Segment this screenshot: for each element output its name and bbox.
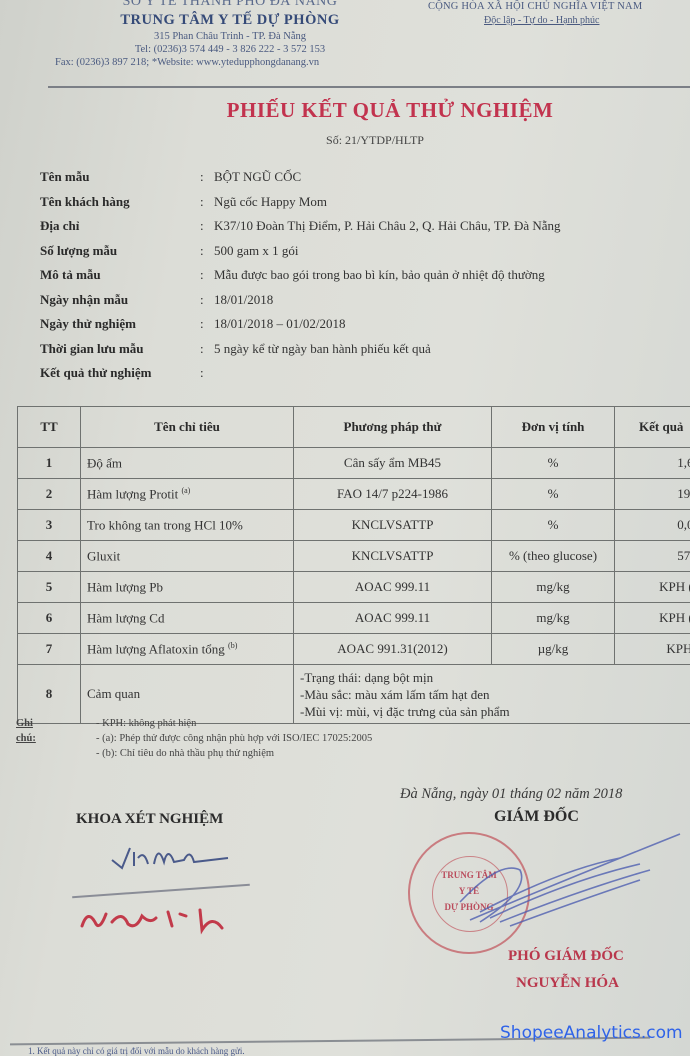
info-separator: :: [200, 218, 214, 234]
info-separator: :: [200, 292, 214, 308]
col-header-indicator: Tên chỉ tiêu: [81, 407, 294, 448]
indicator-name: Hàm lượng Protit: [87, 486, 181, 501]
info-label: Tên khách hàng: [40, 194, 200, 210]
table-row: 2Hàm lượng Protit (a)FAO 14/7 p224-1986%…: [18, 479, 690, 510]
national-title: CỘNG HÒA XÃ HỘI CHỦ NGHĨA VIỆT NAM: [420, 0, 690, 14]
info-value: 5 ngày kể từ ngày ban hành phiếu kết quả: [214, 341, 690, 357]
lab-department-title: KHOA XÉT NGHIỆM: [76, 811, 223, 828]
info-label: Mô tả mẫu: [40, 267, 200, 283]
info-value: 18/01/2018 – 01/02/2018: [214, 316, 690, 332]
cell-method: FAO 14/7 p224-1986: [294, 479, 492, 510]
cell-unit: % (theo glucose): [492, 541, 615, 572]
info-value: Mẫu được bao gói trong bao bì kín, bảo q…: [214, 267, 690, 283]
cell-unit: mg/kg: [492, 572, 615, 603]
cell-indicator: Hàm lượng Cd: [81, 603, 294, 634]
cell-result: KPH (<: [615, 572, 690, 603]
info-row: Ngày thử nghiệm:18/01/2018 – 01/02/2018: [40, 312, 690, 337]
cell-tt: 8: [18, 665, 81, 724]
watermark-text: ShopeeAnalytics.com: [500, 1023, 683, 1043]
info-label: Tên mẫu: [40, 169, 200, 185]
cell-method: KNCLVSATTP: [294, 510, 492, 541]
info-value: 18/01/2018: [214, 292, 690, 308]
cell-result: KPH (: [615, 634, 690, 665]
issuer-address: 315 Phan Châu Trinh - TP. Đà Nẵng: [60, 30, 400, 43]
cell-method: AOAC 999.11: [294, 572, 492, 603]
lab-signer-name-stamp-icon: [76, 900, 256, 940]
cell-unit: %: [492, 479, 615, 510]
sensory-line: -Màu sắc: màu xám lấm tấm hạt đen: [300, 686, 690, 703]
col-header-method: Phương pháp thử: [294, 407, 492, 448]
info-row: Tên mẫu:BỘT NGŨ CỐC: [40, 165, 690, 190]
info-label: Ngày thử nghiệm: [40, 316, 200, 332]
info-separator: :: [200, 267, 214, 283]
table-row: 1Độ ẩmCân sấy ẩm MB45%1,63: [18, 448, 690, 479]
info-row: Tên khách hàng:Ngũ cốc Happy Mom: [40, 190, 690, 215]
cell-tt: 6: [18, 603, 81, 634]
cell-indicator: Hàm lượng Pb: [81, 572, 294, 603]
info-label: Thời gian lưu mẫu: [40, 341, 200, 357]
cell-unit: µg/kg: [492, 634, 615, 665]
place-date: Đà Nẵng, ngày 01 tháng 02 năm 2018: [400, 786, 622, 803]
info-value: K37/10 Đoàn Thị Điểm, P. Hải Châu 2, Q. …: [214, 218, 690, 234]
cell-tt: 2: [18, 479, 81, 510]
document-title: PHIẾU KẾT QUẢ THỬ NGHIỆM: [0, 98, 690, 123]
info-separator: :: [200, 365, 214, 381]
cell-sensory-description: -Trạng thái: dạng bột mịn -Màu sắc: màu …: [294, 665, 690, 724]
issuer-org-name: TRUNG TÂM Y TẾ DỰ PHÒNG: [60, 10, 400, 30]
info-separator: :: [200, 169, 214, 185]
national-header: CỘNG HÒA XÃ HỘI CHỦ NGHĨA VIỆT NAM Độc l…: [420, 0, 690, 28]
table-row: 4GluxitKNCLVSATTP% (theo glucose)57,1: [18, 541, 690, 572]
info-row: Mô tả mẫu:Mẫu được bao gói trong bao bì …: [40, 263, 690, 288]
signature-line: [72, 884, 250, 898]
info-label: Kết quả thử nghiệm: [40, 365, 200, 381]
notes-label: Ghi chú:: [16, 716, 36, 746]
cell-indicator: Hàm lượng Protit (a): [81, 479, 294, 510]
cell-indicator: Cảm quan: [81, 665, 294, 724]
cell-method: AOAC 991.31(2012): [294, 634, 492, 665]
info-label: Ngày nhận mẫu: [40, 292, 200, 308]
cell-indicator: Tro không tan trong HCl 10%: [81, 510, 294, 541]
info-separator: :: [200, 316, 214, 332]
sample-info: Tên mẫu:BỘT NGŨ CỐCTên khách hàng:Ngũ cố…: [40, 165, 690, 386]
deputy-director-title: PHÓ GIÁM ĐỐC: [508, 948, 624, 965]
document-page: SỞ Y TẾ THÀNH PHỐ ĐÀ NẴNG TRUNG TÂM Y TẾ…: [0, 0, 690, 1056]
table-row: 7Hàm lượng Aflatoxin tổng (b)AOAC 991.31…: [18, 634, 690, 665]
info-row: Ngày nhận mẫu:18/01/2018: [40, 288, 690, 313]
info-row: Kết quả thử nghiệm:: [40, 361, 690, 386]
note-item: - (a): Phép thử được công nhận phù hợp v…: [96, 731, 372, 746]
table-row-sensory: 8 Cảm quan -Trạng thái: dạng bột mịn -Mà…: [18, 665, 690, 724]
info-row: Thời gian lưu mẫu:5 ngày kể từ ngày ban …: [40, 337, 690, 362]
indicator-name: Độ ẩm: [87, 455, 122, 470]
footnote-marker: (b): [228, 641, 237, 650]
info-label: Địa chỉ: [40, 218, 200, 234]
signer-name: NGUYỄN HÓA: [516, 975, 619, 992]
issuer-header: SỞ Y TẾ THÀNH PHỐ ĐÀ NẴNG TRUNG TÂM Y TẾ…: [60, 0, 400, 69]
col-header-result: Kết quả: [615, 407, 690, 448]
cell-tt: 3: [18, 510, 81, 541]
issuer-parent-org: SỞ Y TẾ THÀNH PHỐ ĐÀ NẴNG: [60, 0, 400, 10]
table-row: 6Hàm lượng CdAOAC 999.11mg/kgKPH (<: [18, 603, 690, 634]
table-row: 5Hàm lượng PbAOAC 999.11mg/kgKPH (<: [18, 572, 690, 603]
document-number: Số: 21/YTDP/HLTP: [0, 133, 690, 148]
cell-indicator: Độ ẩm: [81, 448, 294, 479]
info-separator: :: [200, 194, 214, 210]
note-item: - (b): Chỉ tiêu do nhà thầu phụ thử nghi…: [96, 746, 372, 761]
cell-result: 1,63: [615, 448, 690, 479]
info-value: Ngũ cốc Happy Mom: [214, 194, 690, 210]
header-divider: [48, 86, 690, 88]
indicator-name: Gluxit: [87, 548, 120, 563]
issuer-fax-website: Fax: (0236)3 897 218; *Website: www.yted…: [55, 56, 400, 69]
cell-unit: %: [492, 510, 615, 541]
table-row: 3Tro không tan trong HCl 10%KNCLVSATTP%0…: [18, 510, 690, 541]
info-label: Số lượng mẫu: [40, 243, 200, 259]
national-motto: Độc lập - Tự do - Hạnh phúc: [420, 14, 690, 28]
indicator-name: Tro không tan trong HCl 10%: [87, 517, 243, 532]
lab-signature-icon: [108, 838, 238, 878]
cell-tt: 1: [18, 448, 81, 479]
footer-disclaimer: 1. Kết quả này chỉ có giá trị đối với mẫ…: [28, 1046, 245, 1056]
cell-method: AOAC 999.11: [294, 603, 492, 634]
results-table: TT Tên chỉ tiêu Phương pháp thử Đơn vị t…: [17, 406, 690, 724]
col-header-unit: Đơn vị tính: [492, 407, 615, 448]
cell-indicator: Hàm lượng Aflatoxin tổng (b): [81, 634, 294, 665]
cell-unit: mg/kg: [492, 603, 615, 634]
indicator-name: Hàm lượng Aflatoxin tổng: [87, 641, 228, 656]
director-title: GIÁM ĐỐC: [494, 808, 579, 826]
cell-tt: 4: [18, 541, 81, 572]
indicator-name: Hàm lượng Pb: [87, 579, 163, 594]
cell-method: KNCLVSATTP: [294, 541, 492, 572]
info-separator: :: [200, 243, 214, 259]
cell-result: 19,9: [615, 479, 690, 510]
info-value: BỘT NGŨ CỐC: [214, 169, 690, 185]
director-signature-icon: [440, 830, 690, 950]
info-row: Số lượng mẫu:500 gam x 1 gói: [40, 239, 690, 264]
info-row: Địa chỉ:K37/10 Đoàn Thị Điểm, P. Hải Châ…: [40, 214, 690, 239]
note-item: - KPH: không phát hiện: [96, 716, 372, 731]
info-separator: :: [200, 341, 214, 357]
cell-unit: %: [492, 448, 615, 479]
col-header-tt: TT: [18, 407, 81, 448]
cell-method: Cân sấy ẩm MB45: [294, 448, 492, 479]
cell-result: 0,03: [615, 510, 690, 541]
cell-tt: 7: [18, 634, 81, 665]
sensory-line: -Trạng thái: dạng bột mịn: [300, 669, 690, 686]
table-header-row: TT Tên chỉ tiêu Phương pháp thử Đơn vị t…: [18, 407, 690, 448]
footnote-marker: (a): [181, 486, 190, 495]
cell-indicator: Gluxit: [81, 541, 294, 572]
indicator-name: Hàm lượng Cd: [87, 610, 164, 625]
cell-tt: 5: [18, 572, 81, 603]
issuer-tel: Tel: (0236)3 574 449 - 3 826 222 - 3 572…: [60, 43, 400, 56]
cell-result: KPH (<: [615, 603, 690, 634]
info-value: 500 gam x 1 gói: [214, 243, 690, 259]
cell-result: 57,1: [615, 541, 690, 572]
